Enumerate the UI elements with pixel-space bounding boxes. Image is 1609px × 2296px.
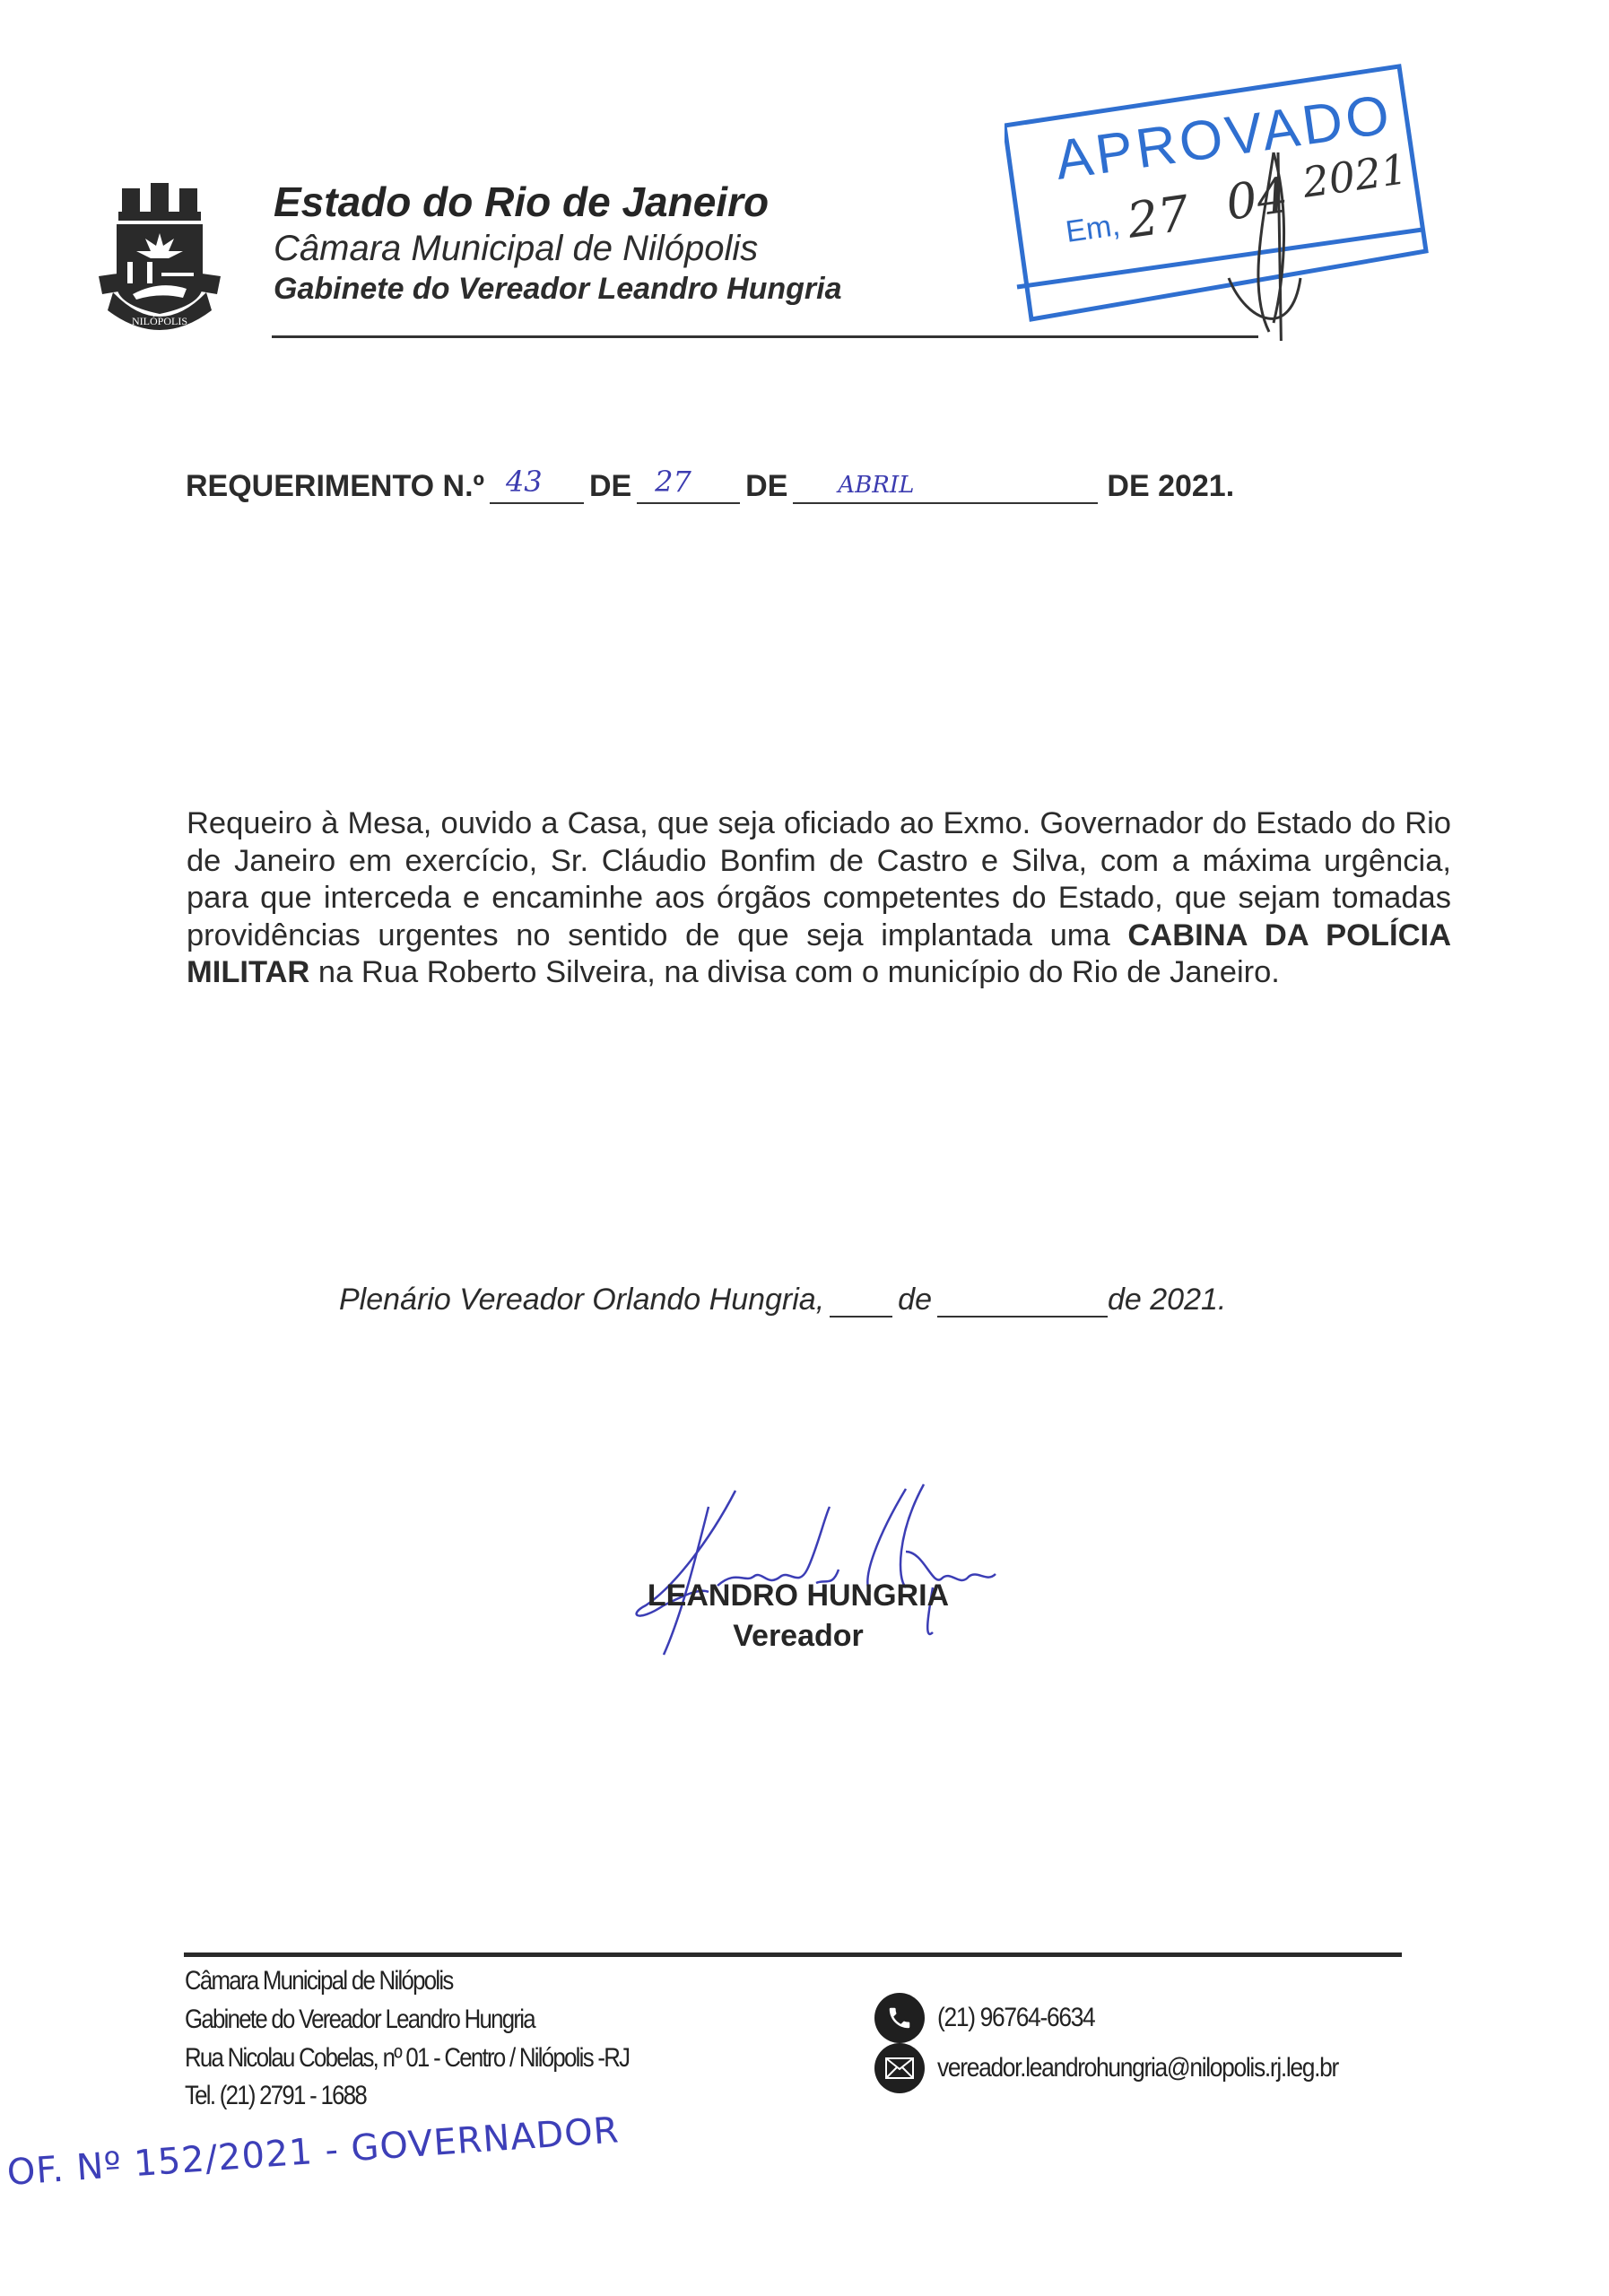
footer-line-4: Tel. (21) 2791 - 1688 bbox=[185, 2081, 366, 2111]
handwritten-office-note: OF. Nº 152/2021 - GOVERNADOR bbox=[5, 2109, 621, 2194]
month-blank bbox=[937, 1285, 1108, 1318]
de-label-2: DE bbox=[745, 469, 787, 504]
requerimento-line: REQUERIMENTO N.º 43 DE 27 DE ABRIL DE 20… bbox=[186, 466, 1234, 504]
header-title: Estado do Rio de Janeiro bbox=[274, 178, 769, 226]
footer-line-3: Rua Nicolau Cobelas, nº 01 - Centro / Ni… bbox=[185, 2043, 629, 2074]
header-office: Gabinete do Vereador Leandro Hungria bbox=[274, 272, 842, 307]
signatory-role: Vereador bbox=[628, 1619, 969, 1654]
whatsapp-icon bbox=[874, 1993, 925, 2043]
requerimento-label: REQUERIMENTO N.º bbox=[186, 469, 484, 504]
crest-label: NILÓPOLIS bbox=[132, 315, 187, 327]
requerimento-month: ABRIL bbox=[838, 472, 914, 499]
whatsapp-number: (21) 96764-6634 bbox=[937, 2003, 1094, 2033]
requerimento-day: 27 bbox=[655, 465, 691, 499]
requerimento-day-field: 27 bbox=[637, 466, 740, 504]
header-subtitle: Câmara Municipal de Nilópolis bbox=[274, 229, 758, 269]
requerimento-month-field: ABRIL bbox=[793, 466, 1098, 504]
stamp-prefix: Em, bbox=[1064, 208, 1122, 249]
day-blank bbox=[830, 1285, 892, 1318]
footer-whatsapp: (21) 96764-6634 bbox=[874, 1993, 1116, 2043]
requerimento-year: DE 2021. bbox=[1107, 469, 1234, 504]
envelope-icon bbox=[874, 2043, 925, 2093]
place-label: Plenário Vereador Orlando Hungria, bbox=[339, 1283, 824, 1318]
stamp-day: 27 bbox=[1123, 185, 1193, 249]
email-address[interactable]: vereador.leandrohungria@nilopolis.rj.leg… bbox=[937, 2053, 1338, 2083]
request-body: Requeiro à Mesa, ouvido a Casa, que seja… bbox=[187, 805, 1451, 992]
place-date-line: Plenário Vereador Orlando Hungria, de de… bbox=[339, 1283, 1226, 1318]
signatory-name: LEANDRO HUNGRIA bbox=[628, 1578, 969, 1613]
footer-line-2: Gabinete do Vereador Leandro Hungria bbox=[185, 2005, 535, 2035]
footer-line-1: Câmara Municipal de Nilópolis bbox=[185, 1966, 453, 1996]
footer-email: vereador.leandrohungria@nilopolis.rj.leg… bbox=[874, 2043, 1393, 2093]
requerimento-number-field: 43 bbox=[490, 466, 584, 504]
approval-stamp: APROVADO Em, 27 04 2021 bbox=[1005, 54, 1471, 341]
footer-divider bbox=[184, 1952, 1402, 1957]
requerimento-number: 43 bbox=[506, 465, 543, 499]
de-label-1: DE bbox=[589, 469, 631, 504]
place-de: de bbox=[898, 1283, 932, 1318]
place-year: de 2021. bbox=[1108, 1283, 1226, 1318]
municipal-crest-icon: NILÓPOLIS bbox=[97, 179, 222, 334]
body-text-2: na Rua Roberto Silveira, na divisa com o… bbox=[309, 955, 1280, 989]
